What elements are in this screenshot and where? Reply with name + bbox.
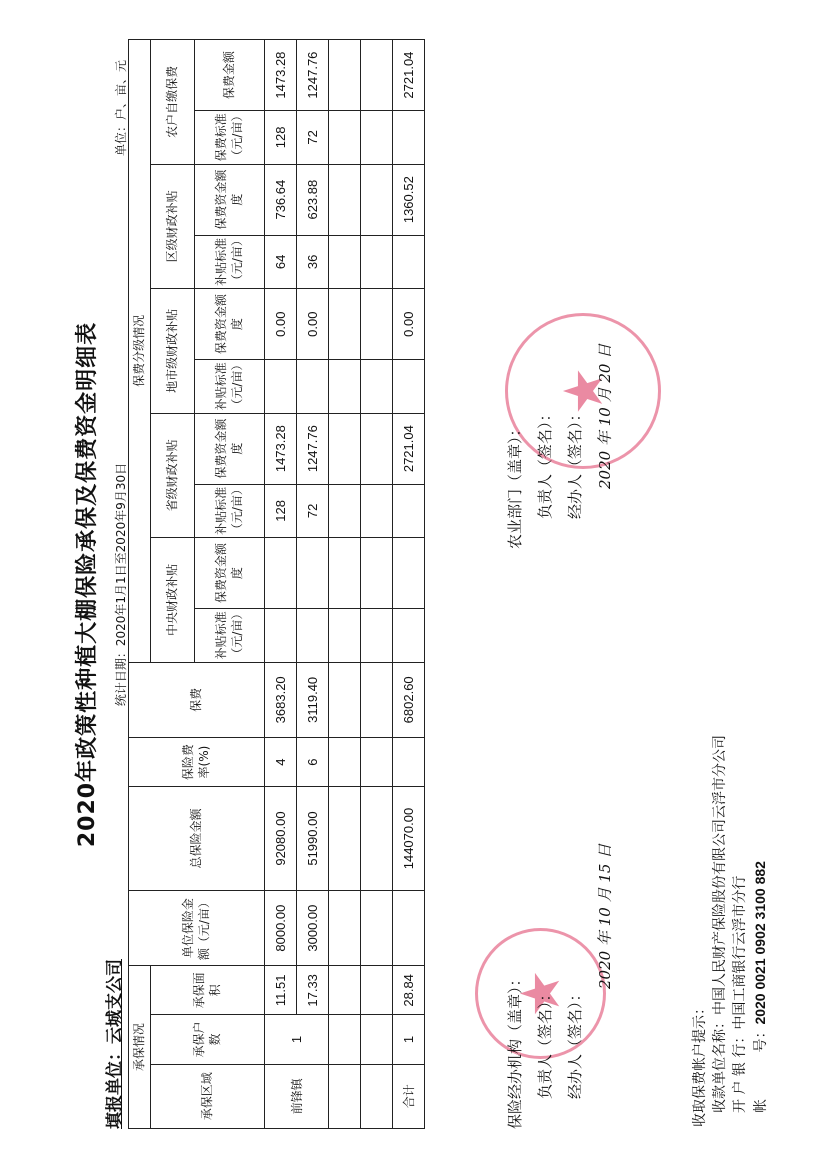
header-district: 区级财政补贴 [151, 164, 195, 289]
header-farmer: 农户自缴保费 [151, 40, 195, 165]
cell-prov-amt: 1473.28 [265, 413, 297, 484]
insurer-handler-label: 经办人（签名）： [560, 844, 590, 1129]
agriculture-signature-block: 农业部门（盖章）： 负责人（签名）： 经办人（签名）： 2020 年 10 月 … [500, 344, 620, 549]
cell-total-label: 合计 [393, 1064, 425, 1128]
cell-farmer-amt: 2721.04 [393, 40, 425, 111]
cell-premium: 3683.20 [265, 662, 297, 737]
cell-rate: 6 [297, 738, 329, 787]
header-area: 承保面积 [151, 966, 265, 1015]
header-prov-amt: 保费资金额度 [195, 413, 265, 484]
cell-dist-std [393, 235, 425, 289]
cell-total-amount: 144070.00 [393, 787, 425, 891]
cell-area: 28.84 [393, 966, 425, 1015]
cell-prov-std: 128 [265, 484, 297, 538]
insurer-date: 2020 年 10 月 15 日 [590, 844, 620, 1129]
header-dist-amt: 保费资金额度 [195, 164, 265, 235]
header-central-amt: 保费资金额度 [195, 538, 265, 609]
cell-premium: 6802.60 [393, 662, 425, 737]
agriculture-date: 2020 年 10 月 20 日 [590, 344, 620, 549]
group-premium-allocation: 保费分级情况 [129, 40, 151, 663]
account-heading: 收取保费帐户提示： [690, 735, 710, 1127]
cell-muni-amt: 0.00 [265, 289, 297, 360]
cell-muni-std [393, 360, 425, 414]
cell-central-amt [265, 538, 297, 609]
cell-dist-amt: 1360.52 [393, 164, 425, 235]
header-farmer-std: 保费标准（元/亩） [195, 111, 265, 165]
header-muni-std: 补贴标准（元/亩） [195, 360, 265, 414]
header-households: 承保户数 [151, 1015, 265, 1064]
cell-area: 11.51 [265, 966, 297, 1015]
table-row-empty [329, 40, 361, 1129]
cell-farmer-amt: 1473.28 [265, 40, 297, 111]
cell-unit-amount [393, 890, 425, 965]
cell-prov-amt: 1247.76 [297, 413, 329, 484]
premium-detail-table: 承保情况 单位保险金额（元/亩） 总保险金额 保险费率(%) 保费 保费分级情况… [128, 39, 425, 1129]
header-prov-std: 补贴标准（元/亩） [195, 484, 265, 538]
header-municipal: 地市级财政补贴 [151, 289, 195, 414]
account-number: 2020 0021 0902 3100 882 [752, 861, 768, 1025]
payee-label: 收款单位名称： [712, 1015, 728, 1113]
cell-rate [393, 738, 425, 787]
cell-households: 1 [393, 1015, 425, 1064]
cell-central-amt [297, 538, 329, 609]
cell-rate: 4 [265, 738, 297, 787]
cell-prov-std: 72 [297, 484, 329, 538]
agriculture-head-label: 负责人（签名）： [530, 344, 560, 549]
cell-dist-amt: 736.64 [265, 164, 297, 235]
cell-muni-std [297, 360, 329, 414]
cell-muni-amt: 0.00 [297, 289, 329, 360]
cell-area: 17.33 [297, 966, 329, 1015]
landscape-page: 2020年政策性种植大棚保险承保及保费资金明细表 填报单位：云城支公司 统计日期… [0, 0, 826, 1169]
cell-central-std [393, 609, 425, 663]
header-rate: 保险费率(%) [129, 738, 265, 787]
cell-central-std [265, 609, 297, 663]
header-dist-std: 补贴标准（元/亩） [195, 235, 265, 289]
table-row: 17.33 3000.00 51990.00 6 3119.40 72 1247… [297, 40, 329, 1129]
cell-prov-std [393, 484, 425, 538]
cell-muni-std [265, 360, 297, 414]
cell-unit-amount: 8000.00 [265, 890, 297, 965]
header-unit-amount: 单位保险金额（元/亩） [129, 890, 265, 965]
group-underwriting: 承保情况 [129, 966, 151, 1129]
cell-total-amount: 51990.00 [297, 787, 329, 891]
cell-dist-std: 64 [265, 235, 297, 289]
bank-value: 中国工商银行云浮市分行 [732, 876, 748, 1030]
bank-label: 开 户 银 行： [732, 1030, 748, 1113]
cell-farmer-amt: 1247.76 [297, 40, 329, 111]
cell-farmer-std: 72 [297, 111, 329, 165]
header-central-std: 补贴标准（元/亩） [195, 609, 265, 663]
account-info: 收取保费帐户提示： 收款单位名称：中国人民财产保险股份有限公司云浮市分公司 开 … [690, 735, 771, 1127]
header-premium: 保费 [129, 662, 265, 737]
cell-farmer-std: 128 [265, 111, 297, 165]
account-label: 帐 号： [753, 1025, 769, 1113]
cell-dist-std: 36 [297, 235, 329, 289]
cell-households: 1 [265, 1015, 329, 1064]
table-row: 前锋镇 1 11.51 8000.00 92080.00 4 3683.20 1… [265, 40, 297, 1129]
table-row-total: 合计 1 28.84 144070.00 6802.60 2721.04 0.0… [393, 40, 425, 1129]
cell-central-std [297, 609, 329, 663]
unit-note: 单位：户、亩、元 [112, 60, 129, 156]
statistics-period: 统计日期：2020年1月1日至2020年9月30日 [112, 0, 129, 1169]
insurer-org-label: 保险经办机构（盖章）： [500, 844, 530, 1129]
cell-muni-amt: 0.00 [393, 289, 425, 360]
table-row-empty [361, 40, 393, 1129]
header-provincial: 省级财政补贴 [151, 413, 195, 538]
cell-central-amt [393, 538, 425, 609]
document-title: 2020年政策性种植大棚保险承保及保费资金明细表 [70, 0, 101, 1169]
cell-total-amount: 92080.00 [265, 787, 297, 891]
cell-prov-amt: 2721.04 [393, 413, 425, 484]
cell-premium: 3119.40 [297, 662, 329, 737]
agriculture-org-label: 农业部门（盖章）： [500, 344, 530, 549]
header-central: 中央财政补贴 [151, 538, 195, 663]
cell-unit-amount: 3000.00 [297, 890, 329, 965]
agriculture-handler-label: 经办人（签名）： [560, 344, 590, 549]
header-muni-amt: 保费资金额度 [195, 289, 265, 360]
insurer-head-label: 负责人（签名）： [530, 844, 560, 1129]
insurer-signature-block: 保险经办机构（盖章）： 负责人（签名）： 经办人（签名）： 2020 年 10 … [500, 844, 620, 1129]
header-total-amount: 总保险金额 [129, 787, 265, 891]
cell-farmer-std [393, 111, 425, 165]
cell-dist-amt: 623.88 [297, 164, 329, 235]
header-farmer-amt: 保费金额 [195, 40, 265, 111]
payee-value: 中国人民财产保险股份有限公司云浮市分公司 [712, 735, 728, 1015]
header-region: 承保区域 [151, 1064, 265, 1128]
cell-region: 前锋镇 [265, 1064, 329, 1128]
